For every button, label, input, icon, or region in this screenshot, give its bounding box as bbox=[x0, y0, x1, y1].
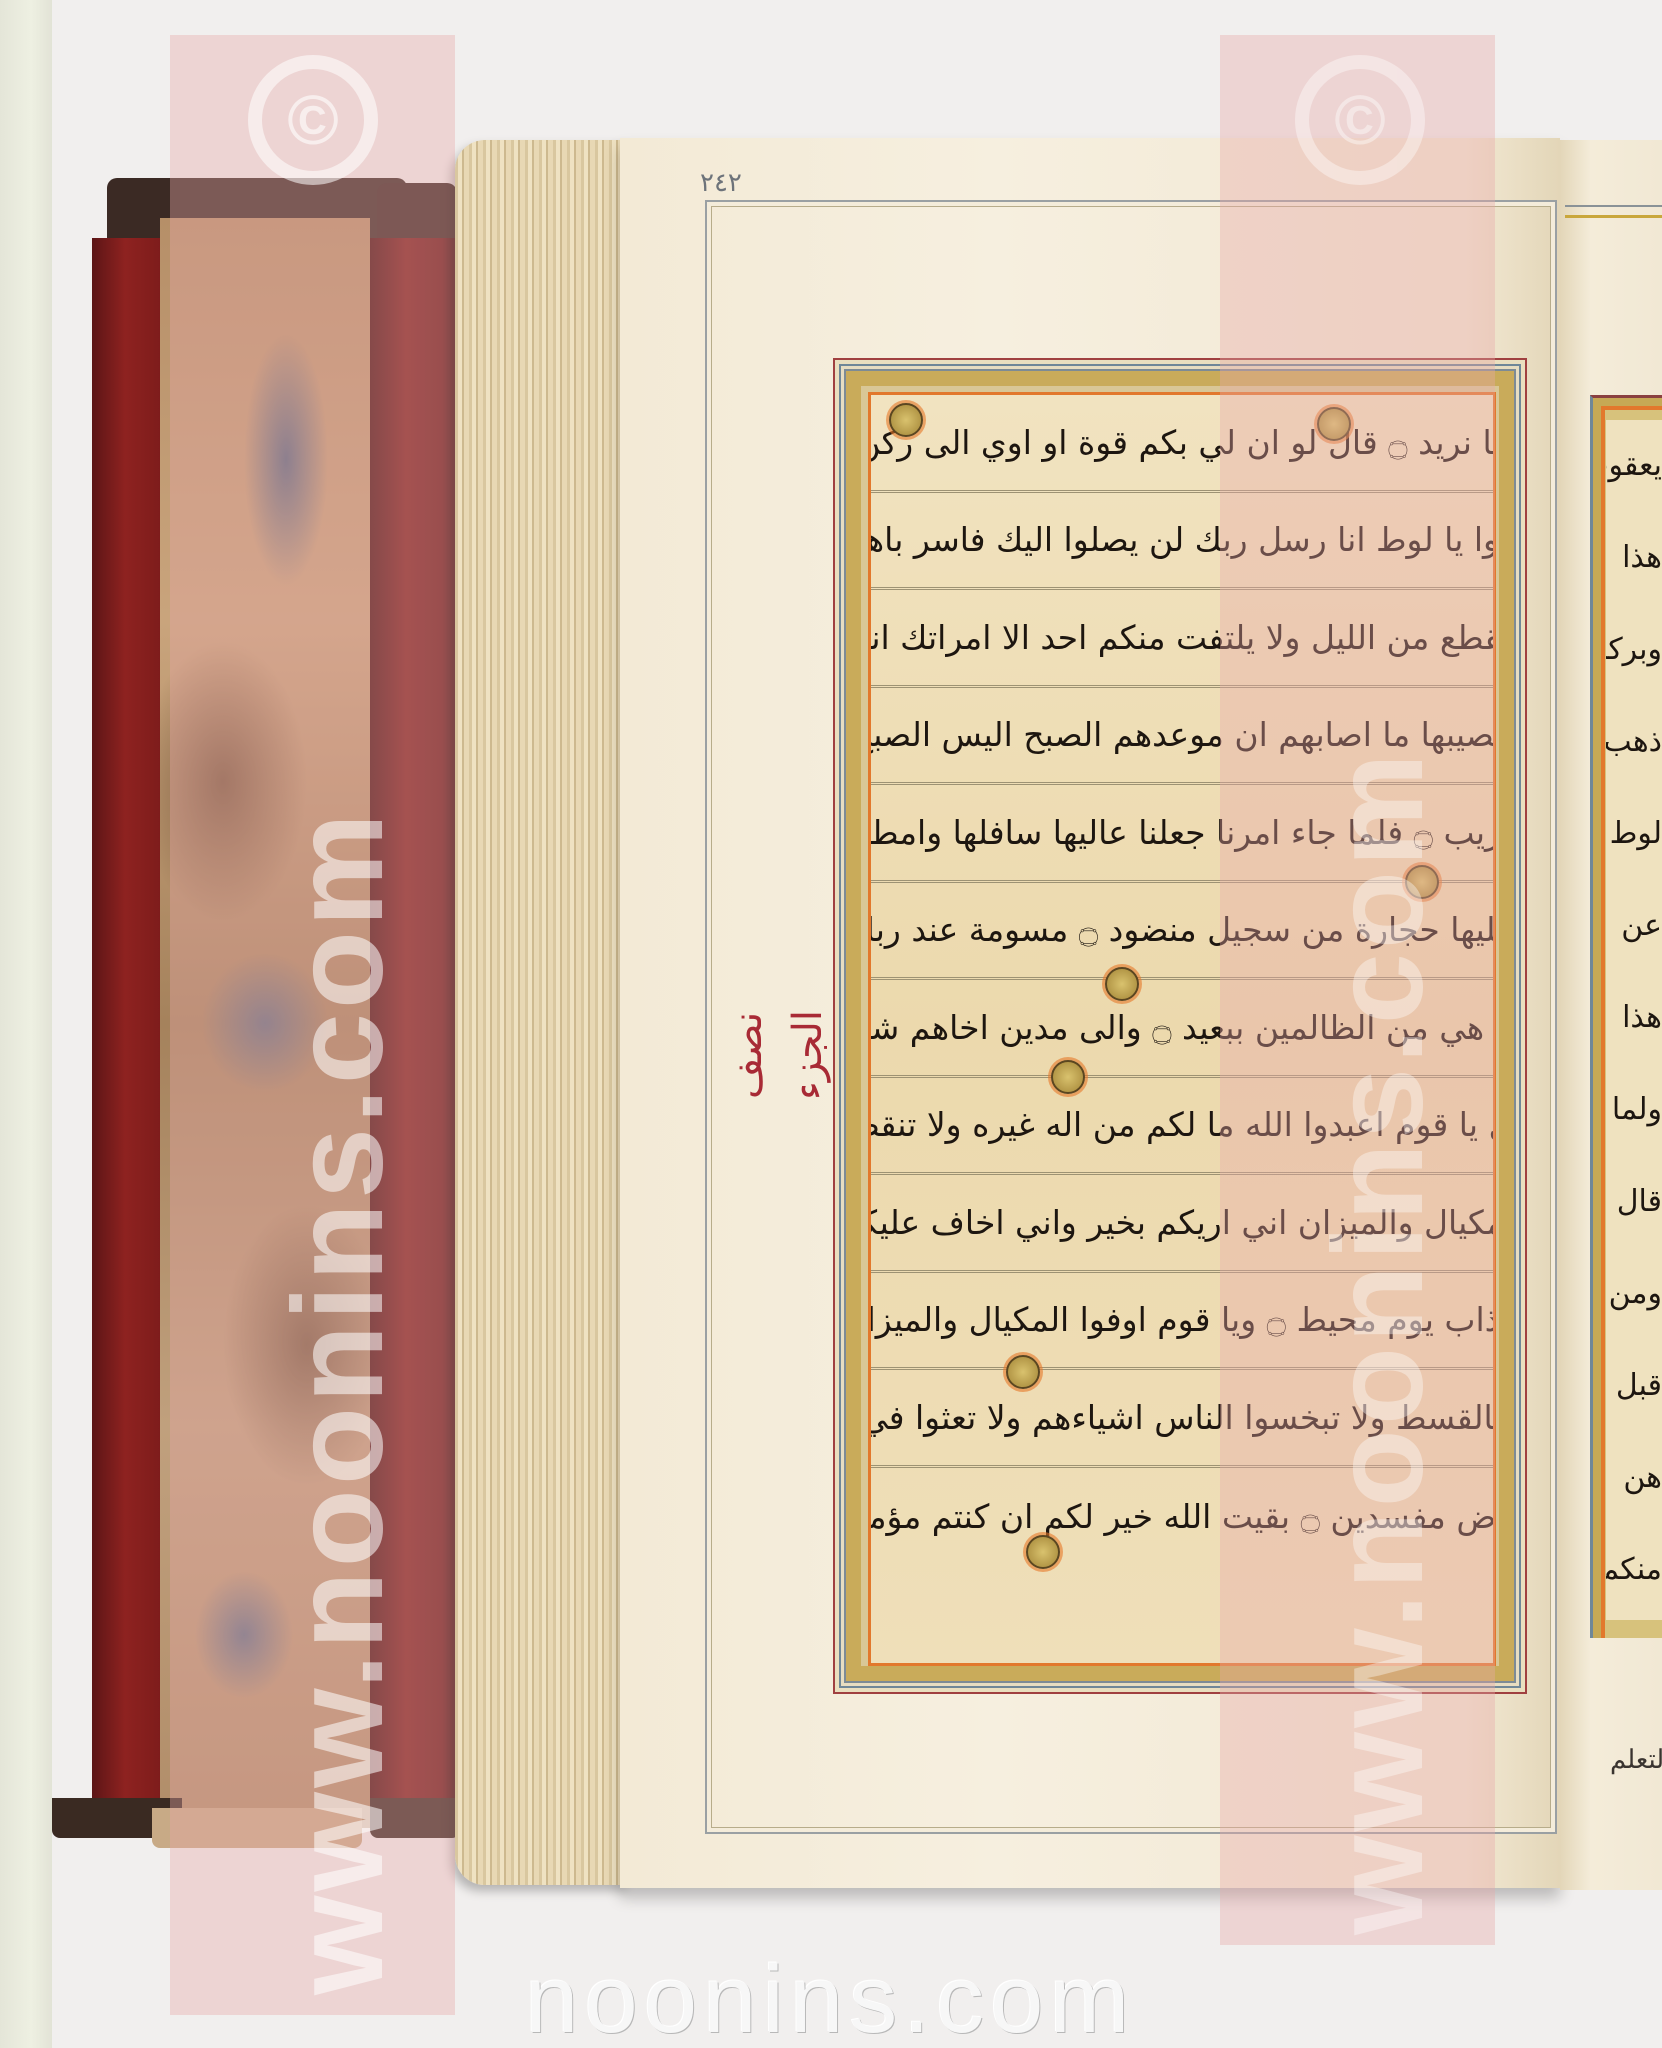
verse-marker-icon bbox=[1006, 1355, 1040, 1389]
facing-fragment: ذهب bbox=[1606, 696, 1662, 788]
facing-fragment: هذا bbox=[1606, 512, 1662, 604]
verse-marker-icon bbox=[1026, 1535, 1060, 1569]
verse-marker-icon bbox=[1105, 967, 1139, 1001]
facing-fragment: ومن قبل bbox=[1606, 1248, 1662, 1432]
facing-fragment: ولما bbox=[1606, 1064, 1662, 1156]
watermark-bottom: noonins.com bbox=[525, 1945, 1135, 2048]
facing-page-text: يعقوب هذا وبركا ذهب لوط عن هذا ولما قال … bbox=[1606, 420, 1662, 1620]
page-number: ٢٤٢ bbox=[700, 168, 742, 198]
watermark-vertical-left: www.noonins.com bbox=[265, 215, 412, 1995]
page-block-edge bbox=[455, 140, 630, 1885]
copyright-icon: © bbox=[1295, 55, 1425, 185]
verse-marker-icon bbox=[1051, 1060, 1085, 1094]
facing-fragment: وبركا bbox=[1606, 604, 1662, 696]
facing-fragment: يعقوب bbox=[1606, 420, 1662, 512]
margin-note-red: نصف الجزء bbox=[718, 970, 838, 1140]
facing-fragment: وانك bbox=[1606, 1616, 1662, 1620]
catchword: لتعلم bbox=[1610, 1745, 1662, 1775]
verse-marker-icon bbox=[889, 403, 923, 437]
copyright-icon: © bbox=[248, 55, 378, 185]
watermark-vertical-right: www.noonins.com bbox=[1305, 215, 1452, 1935]
facing-fragment: لوط bbox=[1606, 788, 1662, 880]
facing-fragment: منكم bbox=[1606, 1524, 1662, 1616]
facing-page-rule bbox=[1565, 205, 1662, 218]
facing-fragment: هن bbox=[1606, 1432, 1662, 1524]
facing-fragment: قال bbox=[1606, 1156, 1662, 1248]
facing-fragment: عن هذا bbox=[1606, 880, 1662, 1064]
background-cream-strip bbox=[0, 0, 52, 2048]
